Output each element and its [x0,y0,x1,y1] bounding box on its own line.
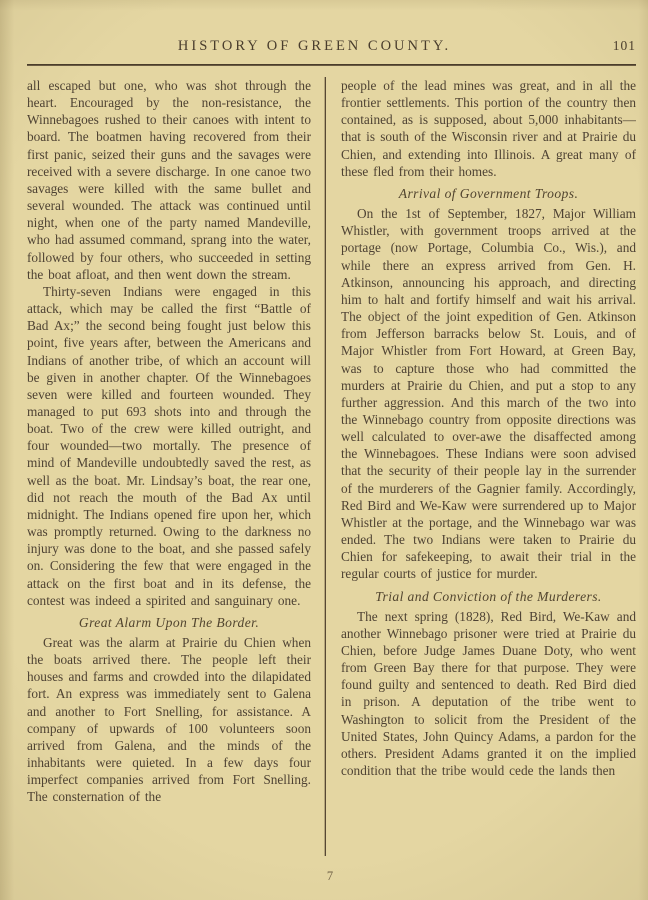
section-heading-great-alarm: Great Alarm Upon The Border. [27,614,311,631]
right-column: people of the lead mines was great, and … [325,77,636,856]
page-header: HISTORY OF GREEN COUNTY. 101 [27,37,636,57]
header-rule [27,64,636,66]
paragraph-trial-conviction: The next spring (1828), Red Bird, We-Kaw… [341,608,636,780]
section-heading-arrival-of-troops: Arrival of Government Troops. [341,185,636,202]
page-number: 101 [613,38,636,54]
book-page: HISTORY OF GREEN COUNTY. 101 all escaped… [0,0,648,900]
text-columns: all escaped but one, who was shot throug… [27,77,636,856]
page-footer: 7 [0,867,648,885]
running-title: HISTORY OF GREEN COUNTY. [178,38,451,54]
paragraph-arrival-of-troops: On the 1st of September, 1827, Major Wil… [341,205,636,582]
paragraph-lead-mines: people of the lead mines was great, and … [341,77,636,180]
left-column: all escaped but one, who was shot throug… [27,77,325,856]
paragraph-battle-of-bad-ax: Thirty-seven Indians were engaged in thi… [27,283,311,609]
paragraph-great-alarm: Great was the alarm at Prairie du Chien … [27,634,311,806]
section-heading-trial-conviction: Trial and Conviction of the Murderers. [341,588,636,605]
signature-mark: 7 [327,869,333,883]
paragraph-battle-continuation: all escaped but one, who was shot throug… [27,77,311,283]
